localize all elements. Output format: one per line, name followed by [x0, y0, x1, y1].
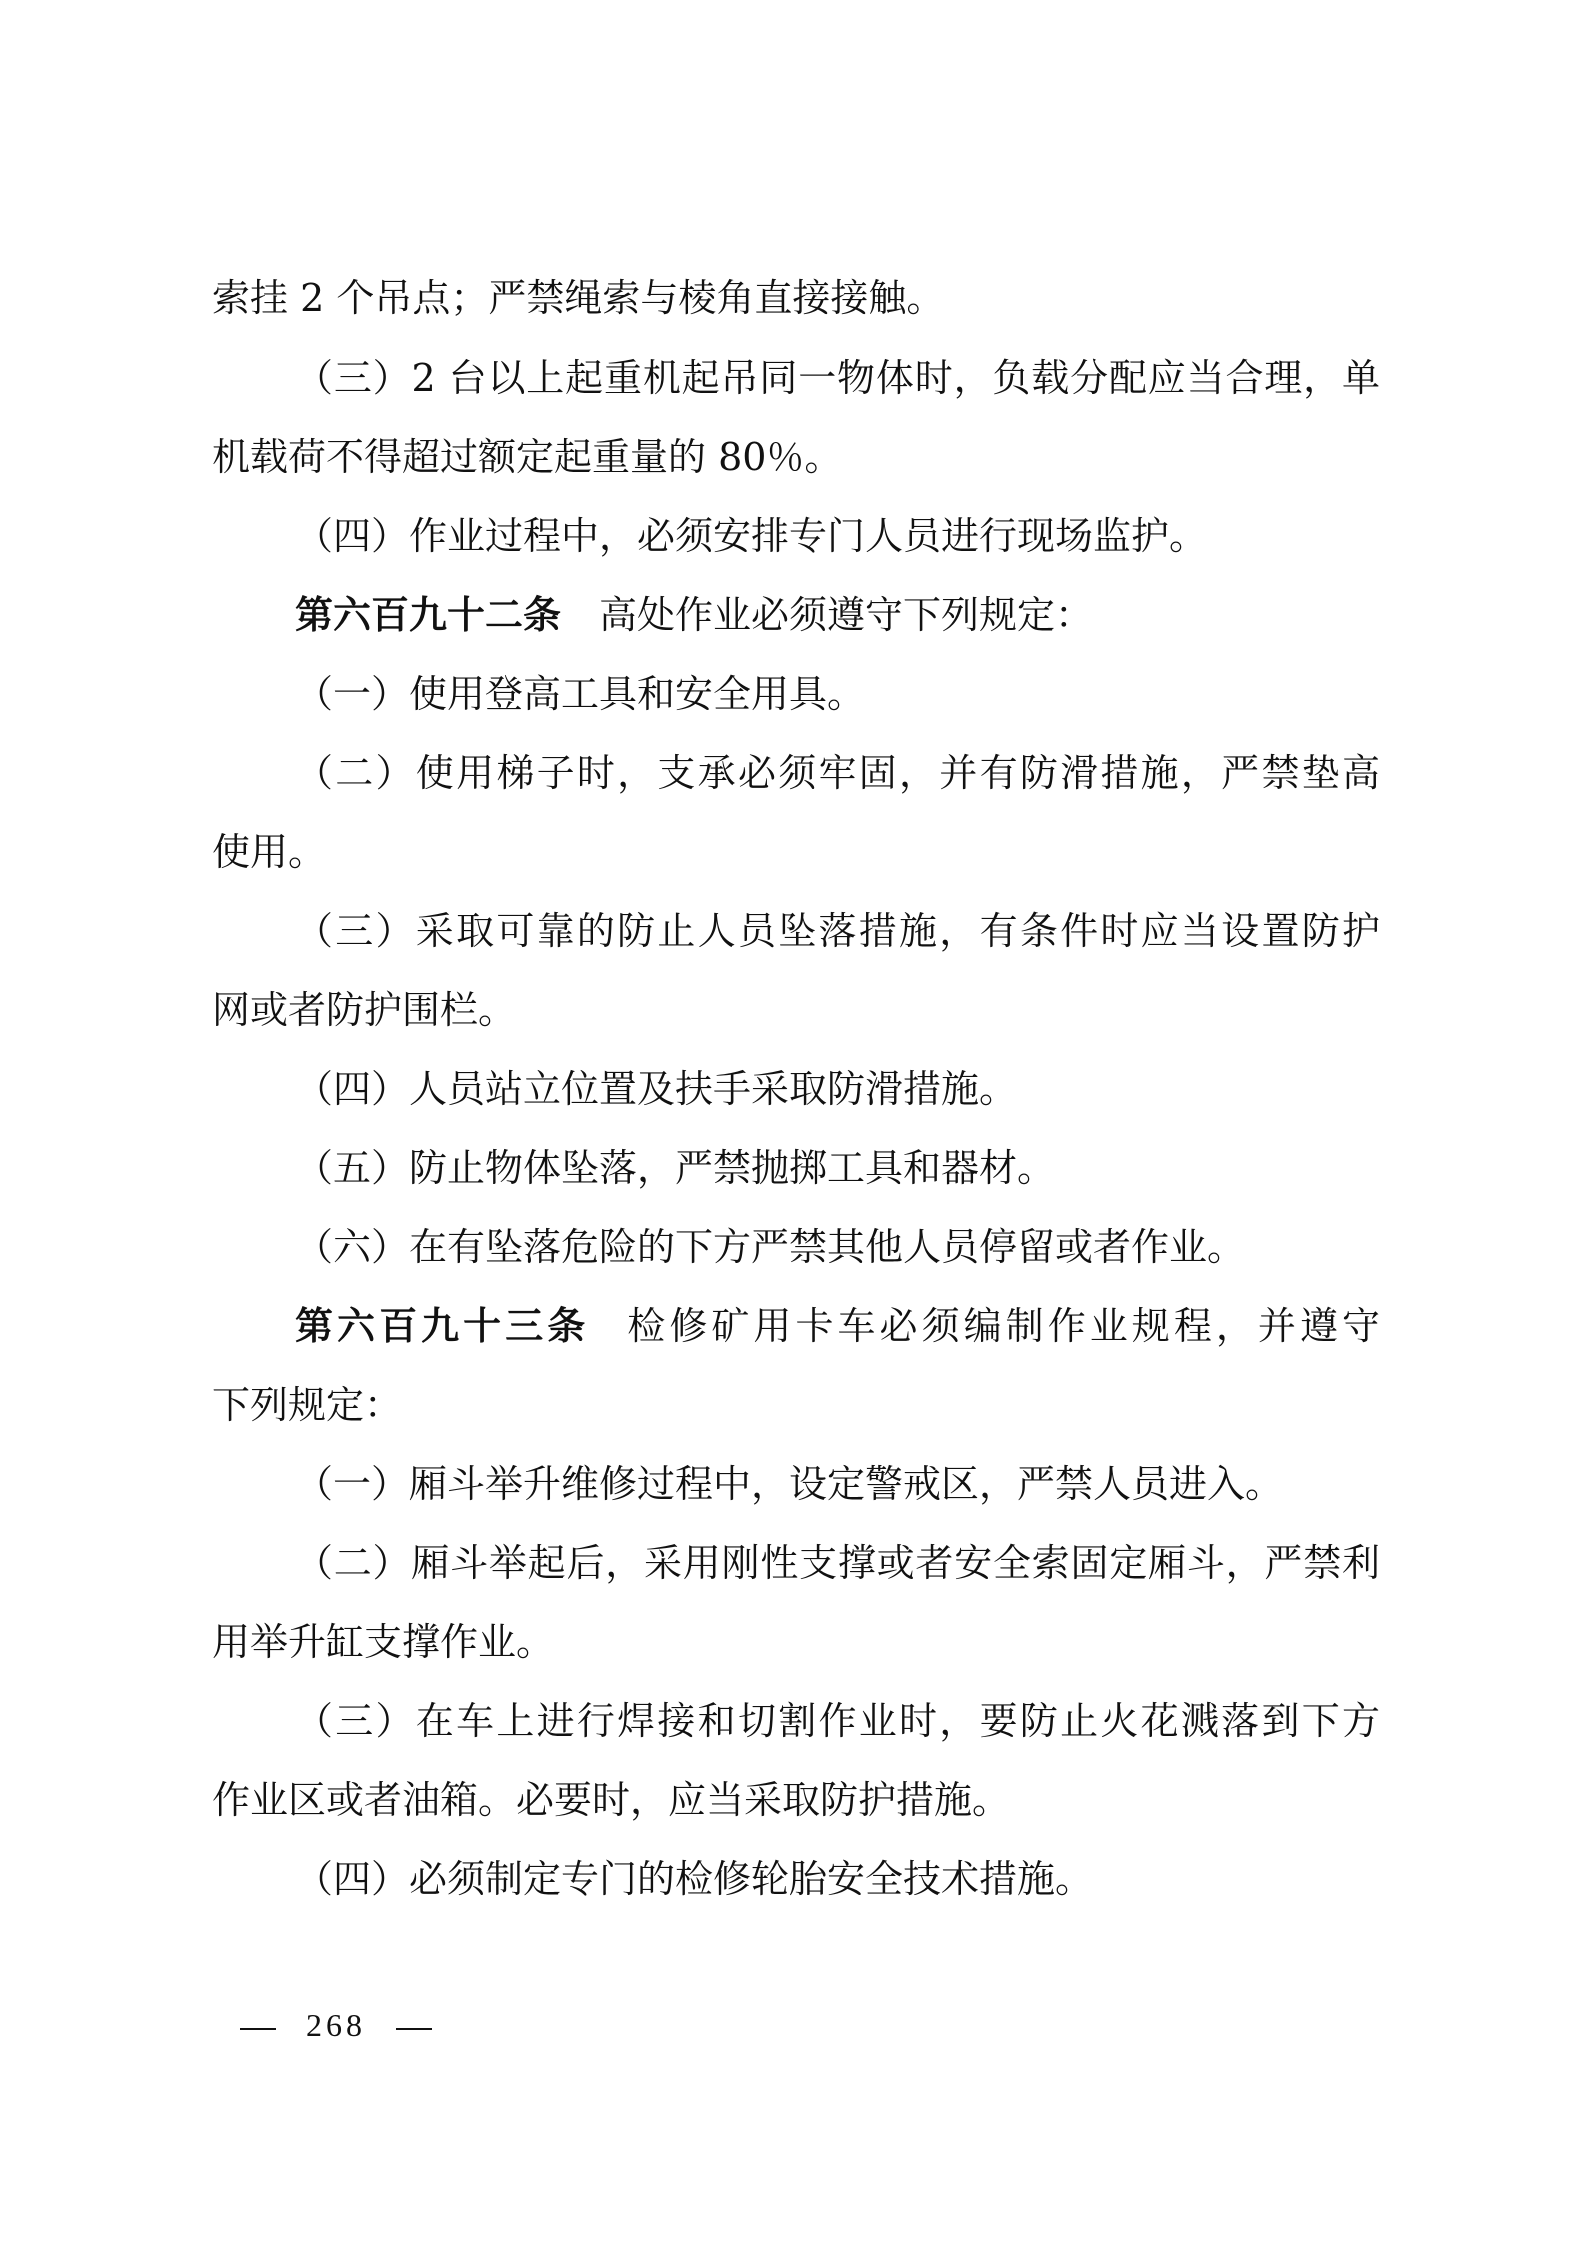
list-item-continuation: 使用。 [212, 822, 1380, 882]
list-item: （二）使用梯子时，支承必须牢固，并有防滑措施，严禁垫高 [295, 743, 1380, 803]
article-692-heading: 第六百九十二条高处作业必须遵守下列规定： [295, 585, 1380, 645]
document-page: 索挂 2 个吊点；严禁绳索与棱角直接接触。 （三）2 台以上起重机起吊同一物体时… [0, 0, 1587, 2245]
list-item-continuation: 网或者防护围栏。 [212, 980, 1380, 1040]
article-number: 第六百九十二条 [295, 593, 561, 637]
list-item: （五）防止物体坠落，严禁抛掷工具和器材。 [295, 1138, 1380, 1198]
paragraph-line: （四）作业过程中，必须安排专门人员进行现场监护。 [295, 506, 1380, 566]
list-item: （三）采取可靠的防止人员坠落措施，有条件时应当设置防护 [295, 901, 1380, 961]
paragraph-line: 机载荷不得超过额定起重量的 80％。 [212, 427, 1380, 487]
list-item: （三）在车上进行焊接和切割作业时，要防止火花溅落到下方 [295, 1691, 1380, 1751]
article-heading-continuation: 下列规定： [212, 1375, 1380, 1435]
dash-left [240, 2028, 276, 2030]
article-heading-text: 检修矿用卡车必须编制作业规程，并遵守 [627, 1304, 1380, 1348]
list-item: （一）使用登高工具和安全用具。 [295, 664, 1380, 724]
list-item-continuation: 用举升缸支撑作业。 [212, 1612, 1380, 1672]
article-heading-text: 高处作业必须遵守下列规定： [599, 593, 1093, 637]
article-number: 第六百九十三条 [295, 1304, 589, 1348]
list-item: （六）在有坠落危险的下方严禁其他人员停留或者作业。 [295, 1217, 1380, 1277]
page-number: 268 [306, 2005, 366, 2045]
list-item: （二）厢斗举起后，采用刚性支撑或者安全索固定厢斗，严禁利 [295, 1533, 1380, 1593]
list-item: （四）人员站立位置及扶手采取防滑措施。 [295, 1059, 1380, 1119]
paragraph-line: （三）2 台以上起重机起吊同一物体时，负载分配应当合理，单 [295, 348, 1380, 408]
list-item-continuation: 作业区或者油箱。必要时，应当采取防护措施。 [212, 1770, 1380, 1830]
dash-right [396, 2028, 432, 2030]
page-number-footer: 268 [240, 2005, 432, 2045]
list-item: （四）必须制定专门的检修轮胎安全技术措施。 [295, 1849, 1380, 1909]
paragraph-line: 索挂 2 个吊点；严禁绳索与棱角直接接触。 [212, 268, 1380, 328]
list-item: （一）厢斗举升维修过程中，设定警戒区，严禁人员进入。 [295, 1454, 1380, 1514]
article-693-heading: 第六百九十三条检修矿用卡车必须编制作业规程，并遵守 [295, 1296, 1380, 1356]
